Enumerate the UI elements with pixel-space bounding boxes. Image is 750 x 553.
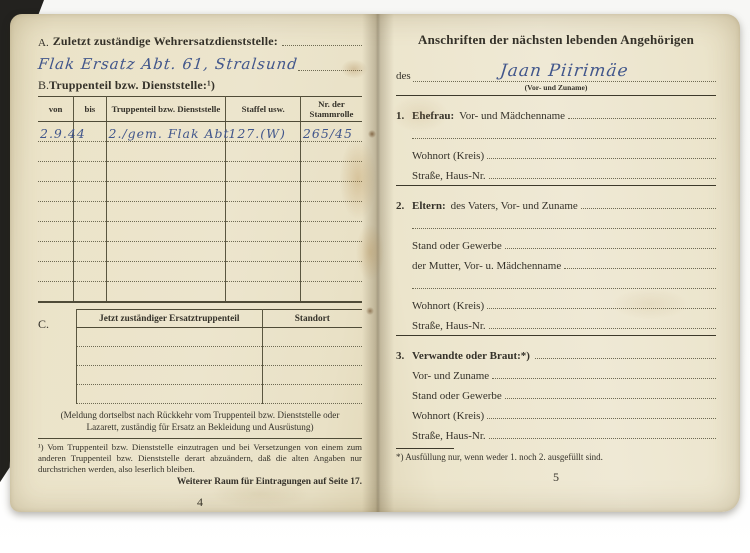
table-row-empty (38, 282, 362, 303)
field-row: Straße, Haus-Nr. (396, 312, 716, 332)
ersatztruppenteil-table: Jetzt zuständiger Ersatztruppenteil Stan… (76, 309, 362, 404)
field-label: Stand oder Gewerbe (412, 390, 502, 402)
table-row-empty (38, 162, 362, 182)
field-row: Stand oder Gewerbe (396, 232, 716, 252)
field-row: Straße, Haus-Nr. (396, 162, 716, 182)
table-header-row: von bis Truppenteil bzw. Dienststelle St… (38, 97, 362, 122)
dotted-leader (412, 228, 716, 229)
name-field: Jaan Piirimäe (413, 61, 716, 82)
field-label: Straße, Haus-Nr. (412, 320, 486, 332)
cell-staffel: 127.(W) (226, 122, 301, 142)
unit-history-table: von bis Truppenteil bzw. Dienststelle St… (38, 96, 362, 303)
field-row: Stand oder Gewerbe (396, 382, 716, 402)
field-row-overflow (396, 122, 716, 142)
field-label: Straße, Haus-Nr. (412, 170, 486, 182)
field-row-overflow (396, 272, 716, 292)
section-divider (396, 335, 716, 336)
column-header-staffel: Staffel usw. (226, 97, 301, 122)
field-label: Wohnort (Kreis) (412, 410, 484, 422)
page-number-right: 5 (396, 470, 716, 485)
field-label: Vor- und Zuname (412, 370, 489, 382)
dotted-leader (487, 308, 716, 309)
field-row: Straße, Haus-Nr. (396, 422, 716, 442)
section-b-heading: B. Truppenteil bzw. Dienststelle:¹) (38, 78, 362, 93)
field-label: Vor- und Mädchenname (459, 110, 565, 122)
footnote-divider (38, 438, 362, 439)
section-heading: Eltern: (412, 200, 446, 212)
field-row: 3. Verwandte oder Braut:*) (396, 342, 716, 362)
section-number: 3. (396, 350, 412, 362)
field-label: der Mutter, Vor- u. Mädchenname (412, 260, 561, 272)
field-label: Wohnort (Kreis) (412, 300, 484, 312)
table-row-empty (38, 202, 362, 222)
dotted-leader (492, 378, 716, 379)
section-c: C. Jetzt zuständiger Ersatztruppenteil S… (38, 309, 362, 404)
section-divider (396, 95, 716, 96)
meldung-note: (Meldung dortselbst nach Rückkehr vom Tr… (38, 410, 362, 433)
field-row: 1. Ehefrau: Vor- und Mädchenname (396, 102, 716, 122)
footnote-star: *) Ausfüllung nur, wenn weder 1. noch 2.… (396, 452, 716, 462)
field-row: 2. Eltern: des Vaters, Vor- und Zuname (396, 192, 716, 212)
table-row-empty (38, 242, 362, 262)
footnote-divider (396, 448, 454, 449)
section-number: 1. (396, 110, 412, 122)
page-title: Anschriften der nächsten lebenden Angehö… (396, 32, 716, 48)
dotted-leader (489, 178, 716, 179)
page-right: Anschriften der nächsten lebenden Angehö… (378, 14, 740, 512)
section-b-title: Truppenteil bzw. Dienststelle:¹) (49, 78, 215, 93)
column-header-bis: bis (74, 97, 106, 122)
dotted-leader (564, 268, 716, 269)
table-row-empty (38, 182, 362, 202)
field-row-overflow (396, 212, 716, 232)
section-heading: Ehefrau: (412, 110, 454, 122)
dotted-leader (489, 328, 716, 329)
section-divider (396, 185, 716, 186)
dotted-leader (568, 118, 716, 119)
dotted-leader (505, 398, 716, 399)
section-a-heading: A. Zuletzt zuständige Wehrersatzdienstst… (38, 34, 362, 49)
scanned-wehrpass-spread: { "page_left": { "section_a": { "label":… (0, 0, 750, 553)
page-left: A. Zuletzt zuständige Wehrersatzdienstst… (10, 14, 378, 512)
des-label: des (396, 70, 411, 82)
name-caption: (Vor- und Zuname) (396, 83, 716, 92)
section-eltern: 2. Eltern: des Vaters, Vor- und Zuname S… (396, 192, 716, 332)
dotted-leader (412, 138, 716, 139)
more-room-note: Weiterer Raum für Eintragungen auf Seite… (38, 477, 362, 487)
name-entry-line: des Jaan Piirimäe (396, 56, 716, 82)
column-header-standort: Standort (262, 310, 362, 328)
section-verwandte: 3. Verwandte oder Braut:*) Vor- und Zuna… (396, 342, 716, 442)
footnote-1: ¹) Vom Truppenteil bzw. Dienststelle ein… (38, 442, 362, 474)
dotted-leader (298, 70, 362, 71)
dotted-leader (412, 288, 716, 289)
table-row-empty (77, 347, 363, 366)
column-header-von: von (38, 97, 74, 122)
field-row: Vor- und Zuname (396, 362, 716, 382)
field-label: Stand oder Gewerbe (412, 240, 502, 252)
field-row: Wohnort (Kreis) (396, 142, 716, 162)
table-row-empty (38, 262, 362, 282)
table-row-empty (38, 142, 362, 162)
dotted-leader (282, 45, 362, 46)
cell-von: 2.9.44 (38, 122, 74, 142)
field-label: Straße, Haus-Nr. (412, 430, 486, 442)
page-number-left: 4 (38, 495, 362, 510)
section-number: 2. (396, 200, 412, 212)
section-b-label: B. (38, 78, 49, 93)
cell-stammrolle: 265/45 (300, 122, 362, 142)
column-header-stammrolle: Nr. der Stammrolle (300, 97, 362, 122)
section-c-label: C. (38, 309, 76, 404)
field-label: Wohnort (Kreis) (412, 150, 484, 162)
field-row: Wohnort (Kreis) (396, 292, 716, 312)
section-ehefrau: 1. Ehefrau: Vor- und Mädchenname Wohnort… (396, 102, 716, 182)
section-a-title: Zuletzt zuständige Wehrersatzdienststell… (53, 34, 278, 49)
handwritten-unit-text: Flak Ersatz Abt. 61, Stralsund (37, 55, 299, 73)
field-row: der Mutter, Vor- u. Mädchenname (396, 252, 716, 272)
table-row-empty (77, 385, 363, 404)
field-label: des Vaters, Vor- und Zuname (451, 200, 578, 212)
table-row-empty (77, 366, 363, 385)
dotted-leader (505, 248, 716, 249)
dotted-leader (581, 208, 716, 209)
section-heading: Verwandte oder Braut:*) (412, 350, 530, 362)
column-header-ersatztruppenteil: Jetzt zuständiger Ersatztruppenteil (77, 310, 263, 328)
wehrpass-booklet: A. Zuletzt zuständige Wehrersatzdienstst… (10, 14, 740, 512)
dotted-leader (489, 438, 716, 439)
cell-truppenteil: 2./gem. Flak Abt. (106, 122, 226, 142)
table-row-empty (77, 328, 363, 347)
section-a-handwritten-entry: Flak Ersatz Abt. 61, Stralsund (38, 51, 362, 73)
field-row: Wohnort (Kreis) (396, 402, 716, 422)
dotted-leader (535, 358, 716, 359)
section-a-label: A. (38, 37, 49, 49)
table-row-empty (38, 222, 362, 242)
handwritten-name: Jaan Piirimäe (499, 61, 630, 81)
table-row-filled: 2.9.44 2./gem. Flak Abt. 127.(W) 265/45 (38, 122, 362, 142)
column-header-truppenteil: Truppenteil bzw. Dienststelle (106, 97, 226, 122)
dotted-leader (487, 158, 716, 159)
dotted-leader (487, 418, 716, 419)
table-header-row: Jetzt zuständiger Ersatztruppenteil Stan… (77, 310, 363, 328)
